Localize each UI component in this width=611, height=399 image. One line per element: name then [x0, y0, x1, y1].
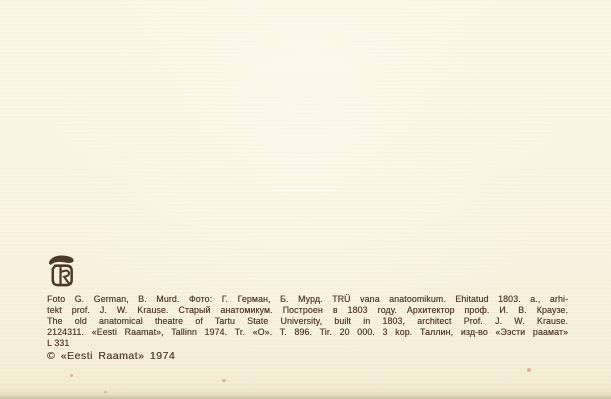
paper-speck [222, 379, 226, 382]
imprint-line-description-en: The old anatomical theatre of Tartu Stat… [47, 316, 568, 327]
imprint-block: Foto G. German, B. Murd. Фото: Г. Герман… [47, 294, 568, 349]
imprint-line-photo-credits: Foto G. German, B. Murd. Фото: Г. Герман… [47, 294, 568, 305]
eesti-raamat-publisher-logo-icon [46, 254, 77, 289]
postcard-back: Foto G. German, B. Murd. Фото: Г. Герман… [0, 0, 611, 399]
copyright-line: © «Eesti Raamat» 1974 [47, 349, 175, 363]
paper-edge-shadow [0, 388, 611, 399]
imprint-line-architect-ru: tekt prof. J. W. Krause. Старый анатомик… [47, 305, 568, 316]
imprint-line-publisher-print-info: 2124311. «Eesti Raamat», Tallinn 1974. T… [47, 327, 568, 338]
imprint-line-catalog-number: L 331 [47, 338, 568, 349]
paper-speck [527, 368, 531, 372]
paper-speck [70, 374, 73, 377]
